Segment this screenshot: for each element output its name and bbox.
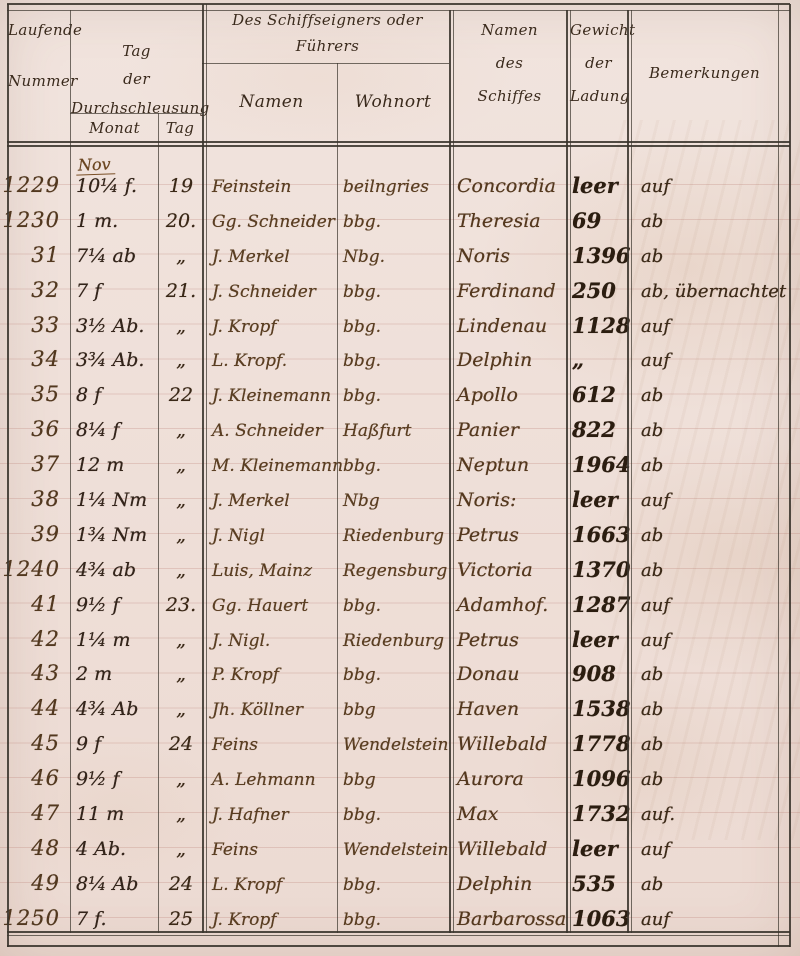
- table-rows: 1229Nov10¼ f.19FeinsteinbeilngriesConcor…: [7, 147, 793, 932]
- cell-zeit: 2 m: [70, 653, 158, 688]
- table-rule-col3a: [449, 10, 451, 933]
- cell-name: L. Kropf.: [204, 339, 337, 374]
- cell-name: P. Kropf: [204, 653, 337, 688]
- table-row: 498¼ Ab24L. Kropfbbg.Delphin535ab: [7, 862, 793, 897]
- cell-gewicht: 1732: [568, 792, 629, 827]
- cell-tag: „: [158, 618, 204, 653]
- table-rule-top-a: [7, 3, 790, 5]
- cell-wohnort: bbg: [337, 687, 451, 722]
- cell-nr: 1250: [7, 897, 70, 932]
- cell-bemerkung: ab: [629, 548, 793, 583]
- cell-gewicht: 1287: [568, 583, 629, 618]
- cell-gewicht: 1964: [568, 443, 629, 478]
- cell-gewicht: 1396: [568, 234, 629, 269]
- table-row: 317¼ ab„J. MerkelNbg.Noris1396ab: [7, 234, 793, 269]
- cell-tag: 24: [158, 862, 204, 897]
- header-schiffseigner: Des Schiffseigners oder Führers: [206, 8, 449, 63]
- table-rule-header-bottom-b: [7, 145, 790, 147]
- cell-name: Feinstein: [204, 147, 337, 199]
- cell-nr: 42: [7, 618, 70, 653]
- cell-name: J. Merkel: [204, 234, 337, 269]
- table-row: 343¾ Ab.„L. Kropf.bbg.Delphin„auf: [7, 339, 793, 374]
- cell-tag: „: [158, 653, 204, 688]
- header-monat: Monat: [71, 114, 158, 142]
- table-rule-bottom-c: [7, 945, 790, 947]
- cell-name: M. Kleinemann: [204, 443, 337, 478]
- cell-nr: 48: [7, 827, 70, 862]
- cell-bemerkung: ab: [629, 234, 793, 269]
- cell-tag: „: [158, 687, 204, 722]
- table-row: 3712 m„M. Kleinemannbbg.Neptun1964ab: [7, 443, 793, 478]
- cell-tag: „: [158, 408, 204, 443]
- cell-name: L. Kropf: [204, 862, 337, 897]
- cell-schiff: Willebald: [451, 827, 568, 862]
- table-rule-under-tagheader: [70, 113, 202, 114]
- table-rule-col3b: [453, 10, 454, 933]
- header-laufende-line2: Nummer: [8, 67, 69, 96]
- cell-nr: 32: [7, 269, 70, 304]
- cell-bemerkung: auf: [629, 478, 793, 513]
- cell-name: Gg. Schneider: [204, 199, 337, 234]
- table-row: 459 f24FeinsWendelsteinWillebald1778ab: [7, 722, 793, 757]
- table-rule-col5b: [631, 10, 632, 933]
- cell-name: J. Schneider: [204, 269, 337, 304]
- cell-bemerkung: auf: [629, 897, 793, 932]
- cell-tag: 25: [158, 897, 204, 932]
- cell-wohnort: Riedenburg: [337, 513, 451, 548]
- cell-bemerkung: ab: [629, 443, 793, 478]
- header-wohnort: Wohnort: [337, 63, 449, 142]
- cell-bemerkung: ab, übernachtet: [629, 269, 793, 304]
- cell-wohnort: bbg.: [337, 653, 451, 688]
- cell-zeit: 8¼ Ab: [70, 862, 158, 897]
- cell-wohnort: beilngries: [337, 147, 451, 199]
- cell-name: Feins: [204, 827, 337, 862]
- cell-nr: 37: [7, 443, 70, 478]
- table-row: 333½ Ab.„J. Kropfbbg.Lindenau1128auf: [7, 304, 793, 339]
- cell-name: A. Lehmann: [204, 757, 337, 792]
- cell-wohnort: bbg.: [337, 897, 451, 932]
- cell-bemerkung: ab: [629, 199, 793, 234]
- cell-zeit: 1¼ m: [70, 618, 158, 653]
- cell-bemerkung: auf: [629, 618, 793, 653]
- cell-schiff: Aurora: [451, 757, 568, 792]
- table-row: 368¼ f„A. SchneiderHaßfurtPanier822ab: [7, 408, 793, 443]
- table-rule-bottom-a: [7, 931, 790, 933]
- cell-wohnort: Nbg: [337, 478, 451, 513]
- cell-wohnort: bbg.: [337, 792, 451, 827]
- cell-schiff: Theresia: [451, 199, 568, 234]
- cell-nr: 38: [7, 478, 70, 513]
- cell-zeit: 8¼ f: [70, 408, 158, 443]
- cell-tag: 22: [158, 373, 204, 408]
- cell-schiff: Delphin: [451, 339, 568, 374]
- cell-name: J. Nigl.: [204, 618, 337, 653]
- cell-bemerkung: ab: [629, 653, 793, 688]
- cell-nr: 35: [7, 373, 70, 408]
- cell-gewicht: 822: [568, 408, 629, 443]
- cell-zeit: 9½ f: [70, 757, 158, 792]
- cell-tag: „: [158, 757, 204, 792]
- cell-nr: 43: [7, 653, 70, 688]
- cell-wohnort: bbg.: [337, 443, 451, 478]
- cell-tag: „: [158, 443, 204, 478]
- cell-gewicht: leer: [568, 478, 629, 513]
- cell-nr: 44: [7, 687, 70, 722]
- cell-zeit: 7 f.: [70, 897, 158, 932]
- cell-gewicht: 908: [568, 653, 629, 688]
- cell-name: J. Hafner: [204, 792, 337, 827]
- cell-wohnort: Nbg.: [337, 234, 451, 269]
- cell-bemerkung: auf: [629, 339, 793, 374]
- table-rule-top-b: [7, 10, 790, 11]
- cell-wohnort: Regensburg: [337, 548, 451, 583]
- table-rule-col2a: [202, 4, 204, 933]
- cell-nr: 46: [7, 757, 70, 792]
- cell-wohnort: bbg.: [337, 304, 451, 339]
- cell-gewicht: 250: [568, 269, 629, 304]
- cell-nr: 1230: [7, 199, 70, 234]
- cell-zeit: 4 Ab.: [70, 827, 158, 862]
- table-rule-col2b: [206, 4, 207, 933]
- header-durchschleusung-title: Tag der Durchschleusung: [71, 42, 210, 117]
- table-row: 358 f22J. Kleinemannbbg.Apollo612ab: [7, 373, 793, 408]
- cell-schiff: Noris:: [451, 478, 568, 513]
- cell-zeit: 1¾ Nm: [70, 513, 158, 548]
- table-row: 1229Nov10¼ f.19FeinsteinbeilngriesConcor…: [7, 147, 793, 199]
- header-tag-der-durchschleusung: Tag der Durchschleusung: [71, 8, 202, 113]
- cell-tag: 23.: [158, 583, 204, 618]
- cell-bemerkung: ab: [629, 862, 793, 897]
- header-bemerkungen: Bemerkungen: [631, 4, 778, 142]
- cell-zeit: 1 m.: [70, 199, 158, 234]
- cell-wohnort: bbg: [337, 757, 451, 792]
- cell-gewicht: 1128: [568, 304, 629, 339]
- cell-tag: 20.: [158, 199, 204, 234]
- cell-name: Gg. Hauert: [204, 583, 337, 618]
- cell-schiff: Ferdinand: [451, 269, 568, 304]
- cell-bemerkung: ab: [629, 408, 793, 443]
- cell-gewicht: leer: [568, 827, 629, 862]
- cell-nr: 31: [7, 234, 70, 269]
- cell-tag: „: [158, 513, 204, 548]
- table-row: 432 m„P. Kropfbbg.Donau908ab: [7, 653, 793, 688]
- cell-wohnort: bbg.: [337, 339, 451, 374]
- cell-bemerkung: auf: [629, 827, 793, 862]
- cell-bemerkung: auf: [629, 583, 793, 618]
- cell-tag: „: [158, 339, 204, 374]
- cell-bemerkung: ab: [629, 757, 793, 792]
- header-gewicht-ladung: Gewicht der Ladung: [570, 14, 627, 142]
- cell-name: J. Kropf: [204, 304, 337, 339]
- cell-schiff: Panier: [451, 408, 568, 443]
- cell-name: J. Merkel: [204, 478, 337, 513]
- cell-nr: 36: [7, 408, 70, 443]
- cell-zeit: 8 f: [70, 373, 158, 408]
- table-rule-col5a: [627, 10, 629, 933]
- cell-name: J. Kleinemann: [204, 373, 337, 408]
- cell-zeit: 11 m: [70, 792, 158, 827]
- header-laufende-line1: Laufende: [8, 16, 69, 45]
- cell-schiff: Donau: [451, 653, 568, 688]
- cell-tag: „: [158, 548, 204, 583]
- cell-tag: „: [158, 478, 204, 513]
- cell-tag: „: [158, 234, 204, 269]
- cell-bemerkung: ab: [629, 513, 793, 548]
- cell-gewicht: 612: [568, 373, 629, 408]
- cell-tag: 19: [158, 147, 204, 199]
- cell-schiff: Adamhof.: [451, 583, 568, 618]
- cell-gewicht: 535: [568, 862, 629, 897]
- cell-gewicht: 1663: [568, 513, 629, 548]
- table-rule-col4b: [570, 10, 571, 933]
- table-row: 469½ f„A. LehmannbbgAurora1096ab: [7, 757, 793, 792]
- cell-zeit-value: 10¼ f.: [76, 177, 137, 196]
- table-rule-monat-tag: [158, 113, 159, 933]
- cell-tag: „: [158, 827, 204, 862]
- cell-bemerkung: ab: [629, 687, 793, 722]
- cell-schiff: Lindenau: [451, 304, 568, 339]
- cell-wohnort: Haßfurt: [337, 408, 451, 443]
- cell-schiff: Victoria: [451, 548, 568, 583]
- cell-nr: 45: [7, 722, 70, 757]
- cell-schiff: Willebald: [451, 722, 568, 757]
- cell-nr: 34: [7, 339, 70, 374]
- cell-zeit: 3¾ Ab.: [70, 339, 158, 374]
- table-rule-header-bottom-a: [7, 141, 790, 143]
- cell-gewicht: 1096: [568, 757, 629, 792]
- ledger-page: Laufende Nummer Tag der Durchschleusung …: [0, 0, 800, 956]
- cell-tag: 21.: [158, 269, 204, 304]
- table-rule-namen-wohnort: [337, 63, 338, 933]
- cell-nr: 33: [7, 304, 70, 339]
- cell-nr: 1240: [7, 548, 70, 583]
- cell-name: Luis, Mainz: [204, 548, 337, 583]
- table-row: 381¼ Nm„J. MerkelNbgNoris:leerauf: [7, 478, 793, 513]
- table-row: 327 f21.J. Schneiderbbg.Ferdinand250ab, …: [7, 269, 793, 304]
- cell-bemerkung: auf: [629, 304, 793, 339]
- cell-name: Jh. Köllner: [204, 687, 337, 722]
- header-bemerkungen-label: Bemerkungen: [649, 59, 760, 88]
- cell-schiff: Apollo: [451, 373, 568, 408]
- cell-zeit: Nov10¼ f.: [70, 147, 158, 199]
- cell-wohnort: bbg.: [337, 862, 451, 897]
- cell-schiff: Petrus: [451, 618, 568, 653]
- cell-zeit: 9 f: [70, 722, 158, 757]
- cell-schiff: Barbarossa: [451, 897, 568, 932]
- table-rule-under-eigner: [202, 63, 449, 64]
- cell-nr: 49: [7, 862, 70, 897]
- header-schiffsname: Namen des Schiffes: [453, 14, 566, 142]
- cell-wohnort: bbg.: [337, 269, 451, 304]
- cell-tag: 24: [158, 722, 204, 757]
- table-row: 12404¾ ab„Luis, MainzRegensburgVictoria1…: [7, 548, 793, 583]
- cell-gewicht: 1538: [568, 687, 629, 722]
- cell-schiff: Max: [451, 792, 568, 827]
- cell-wohnort: Wendelstein: [337, 827, 451, 862]
- cell-zeit: 1¼ Nm: [70, 478, 158, 513]
- cell-wohnort: Wendelstein: [337, 722, 451, 757]
- header-laufende-nummer: Laufende Nummer: [8, 6, 69, 144]
- header-tag: Tag: [158, 114, 202, 142]
- cell-gewicht: 69: [568, 199, 629, 234]
- month-label: Nov: [76, 156, 115, 175]
- cell-schiff: Concordia: [451, 147, 568, 199]
- cell-zeit: 3½ Ab.: [70, 304, 158, 339]
- cell-gewicht: 1370: [568, 548, 629, 583]
- cell-gewicht: leer: [568, 618, 629, 653]
- cell-gewicht: 1778: [568, 722, 629, 757]
- cell-name: Feins: [204, 722, 337, 757]
- cell-zeit: 7¼ ab: [70, 234, 158, 269]
- table-row: 12507 f.25J. Kropfbbg.Barbarossa1063auf: [7, 897, 793, 932]
- cell-zeit: 4¾ Ab: [70, 687, 158, 722]
- cell-schiff: Noris: [451, 234, 568, 269]
- table-row: 12301 m.20.Gg. Schneiderbbg.Theresia69ab: [7, 199, 793, 234]
- cell-nr: 41: [7, 583, 70, 618]
- table-row: 419½ f23.Gg. Hauertbbg.Adamhof.1287auf: [7, 583, 793, 618]
- cell-schiff: Haven: [451, 687, 568, 722]
- cell-zeit: 9½ f: [70, 583, 158, 618]
- cell-wohnort: Riedenburg: [337, 618, 451, 653]
- cell-schiff: Delphin: [451, 862, 568, 897]
- cell-zeit: 7 f: [70, 269, 158, 304]
- cell-name: A. Schneider: [204, 408, 337, 443]
- cell-zeit: 4¾ ab: [70, 548, 158, 583]
- table-row: 484 Ab.„FeinsWendelsteinWillebaldleerauf: [7, 827, 793, 862]
- cell-bemerkung: ab: [629, 373, 793, 408]
- cell-wohnort: bbg.: [337, 199, 451, 234]
- cell-name: J. Nigl: [204, 513, 337, 548]
- cell-bemerkung: ab: [629, 722, 793, 757]
- cell-wohnort: bbg.: [337, 373, 451, 408]
- table-row: 391¾ Nm„J. NiglRiedenburgPetrus1663ab: [7, 513, 793, 548]
- cell-bemerkung: auf: [629, 147, 793, 199]
- cell-zeit: 12 m: [70, 443, 158, 478]
- table-rule-col4a: [566, 10, 568, 933]
- cell-bemerkung: auf.: [629, 792, 793, 827]
- cell-wohnort: bbg.: [337, 583, 451, 618]
- cell-tag: „: [158, 792, 204, 827]
- table-row: 444¾ Ab„Jh. KöllnerbbgHaven1538ab: [7, 687, 793, 722]
- table-rule-bottom-b: [7, 935, 790, 936]
- cell-schiff: Petrus: [451, 513, 568, 548]
- cell-nr: 1229: [7, 147, 70, 199]
- header-namen: Namen: [206, 63, 337, 142]
- cell-nr: 39: [7, 513, 70, 548]
- cell-gewicht: leer: [568, 147, 629, 199]
- cell-schiff: Neptun: [451, 443, 568, 478]
- cell-gewicht: „: [568, 339, 629, 374]
- cell-nr: 47: [7, 792, 70, 827]
- cell-gewicht: 1063: [568, 897, 629, 932]
- cell-tag: „: [158, 304, 204, 339]
- cell-name: J. Kropf: [204, 897, 337, 932]
- table-row: 4711 m„J. Hafnerbbg.Max1732auf.: [7, 792, 793, 827]
- table-rule-col1: [70, 10, 71, 933]
- table-row: 421¼ m„J. Nigl.RiedenburgPetrusleerauf: [7, 618, 793, 653]
